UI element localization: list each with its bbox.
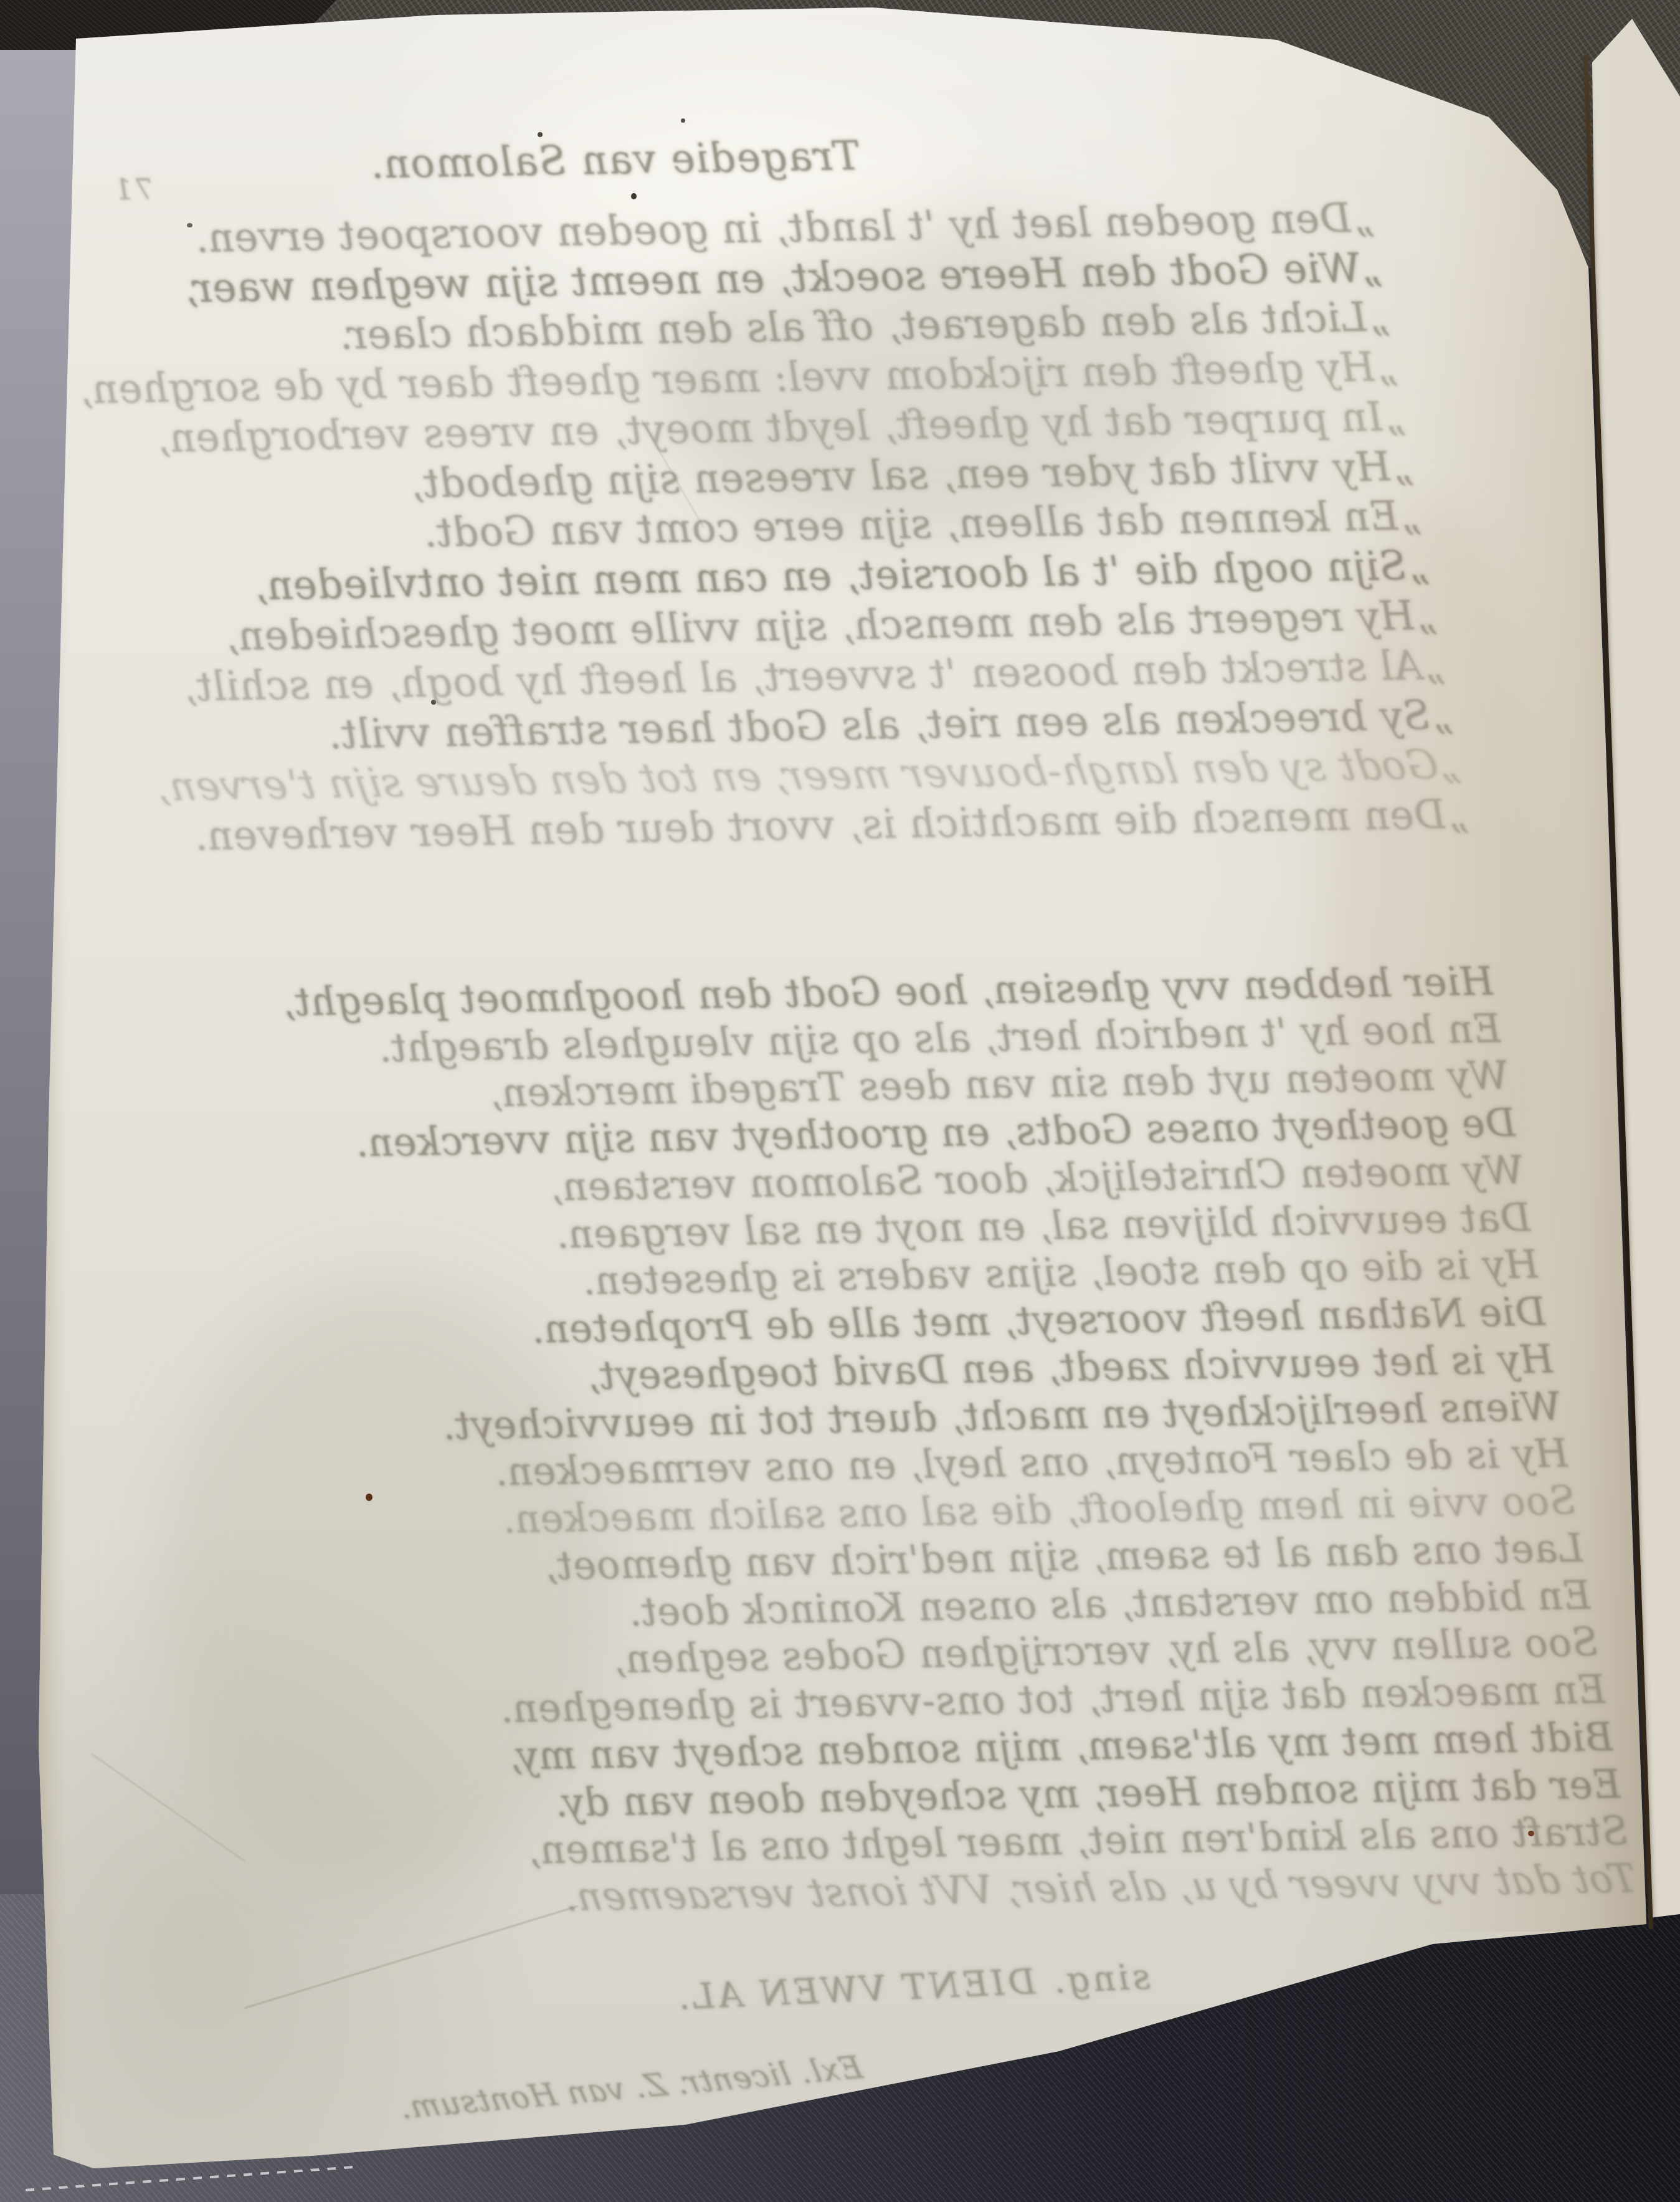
page-title: Tragedie van Salomon. — [0, 120, 1282, 201]
book-page: 71 Tragedie van Salomon. „Den goeden lae… — [0, 0, 1680, 2202]
paper-speck — [681, 118, 685, 123]
book-photo: 71 Tragedie van Salomon. „Den goeden lae… — [0, 0, 1680, 2202]
stanza-gap — [145, 840, 1490, 981]
